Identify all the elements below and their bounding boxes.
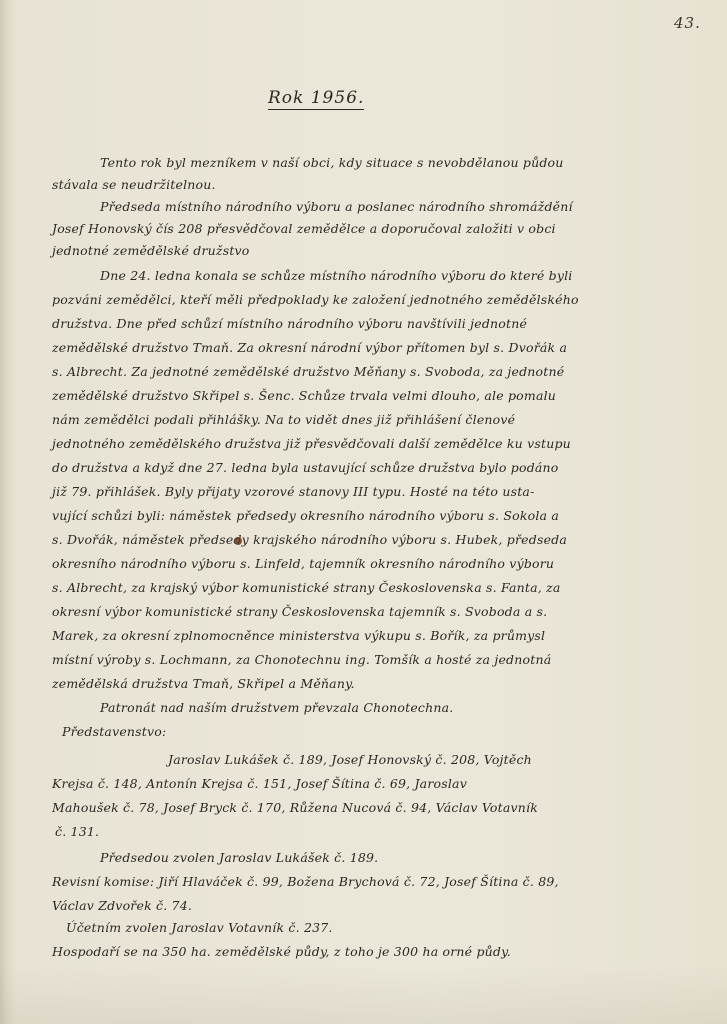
handwritten-line: Jaroslav Lukášek č. 189, Josef Honovský … — [168, 752, 532, 767]
handwritten-line: zemědělská družstva Tmaň, Skřipel a Měňa… — [52, 676, 355, 691]
handwritten-line: družstva. Dne před schůzí místního národ… — [52, 316, 527, 331]
ink-stain — [234, 537, 242, 545]
handwritten-line: Představenstvo: — [62, 724, 166, 739]
handwritten-line: jednotného zemědělského družstva již pře… — [52, 436, 571, 451]
handwritten-line: místní výroby s. Lochmann, za Chonotechn… — [52, 652, 551, 667]
handwritten-line: zemědělské družstvo Tmaň. Za okresní nár… — [52, 340, 567, 355]
handwritten-line: Dne 24. ledna konala se schůze místního … — [100, 268, 573, 283]
handwritten-line: nám zemědělci podali přihlášky. Na to vi… — [52, 412, 515, 427]
page-title: Rok 1956. — [268, 88, 364, 110]
handwritten-line: stávala se neudržitelnou. — [52, 177, 216, 192]
handwritten-line: s. Dvořák, náměstek předsedy krajského n… — [52, 532, 567, 547]
handwritten-line: vující schůzi byli: náměstek předsedy ok… — [52, 508, 559, 523]
handwritten-line: s. Albrecht. Za jednotné zemědělské druž… — [52, 364, 564, 379]
handwritten-line: Václav Zdvořek č. 74. — [52, 898, 192, 913]
chronicle-page: 43. Rok 1956. Tento rok byl mezníkem v n… — [0, 0, 727, 1024]
handwritten-line: Mahoušek č. 78, Josef Bryck č. 170, Růže… — [52, 800, 538, 815]
handwritten-line: jednotné zemědělské družstvo — [52, 243, 250, 258]
handwritten-line: Předsedou zvolen Jaroslav Lukášek č. 189… — [100, 850, 378, 865]
handwritten-line: již 79. přihlášek. Byly přijaty vzorové … — [52, 484, 535, 499]
handwritten-line: do družstva a když dne 27. ledna byla us… — [52, 460, 559, 475]
handwritten-line: zemědělské družstvo Skřipel s. Šenc. Sch… — [52, 388, 556, 403]
handwritten-line: č. 131. — [55, 824, 99, 839]
handwritten-line: Marek, za okresní zplnomocněnce minister… — [52, 628, 545, 643]
handwritten-line: Josef Honovský čís 208 přesvědčoval země… — [52, 221, 556, 236]
handwritten-line: Hospodaří se na 350 ha. zemědělské půdy,… — [52, 944, 511, 959]
handwritten-line: Revisní komise: Jiří Hlaváček č. 99, Bož… — [52, 874, 559, 889]
handwritten-line: pozváni zemědělci, kteří měli předpoklad… — [52, 292, 579, 307]
handwritten-line: Patronát nad naším družstvem převzala Ch… — [100, 700, 453, 715]
handwritten-line: Předseda místního národního výboru a pos… — [100, 199, 573, 214]
handwritten-line: Krejsa č. 148, Antonín Krejsa č. 151, Jo… — [52, 776, 467, 791]
handwritten-line: Tento rok byl mezníkem v naší obci, kdy … — [100, 155, 564, 170]
handwritten-line: Účetním zvolen Jaroslav Votavník č. 237. — [66, 920, 333, 935]
handwritten-line: s. Albrecht, za krajský výbor komunistic… — [52, 580, 561, 595]
page-number: 43. — [674, 14, 701, 32]
handwritten-line: okresního národního výboru s. Linfeld, t… — [52, 556, 554, 571]
handwritten-line: okresní výbor komunistické strany Českos… — [52, 604, 547, 619]
